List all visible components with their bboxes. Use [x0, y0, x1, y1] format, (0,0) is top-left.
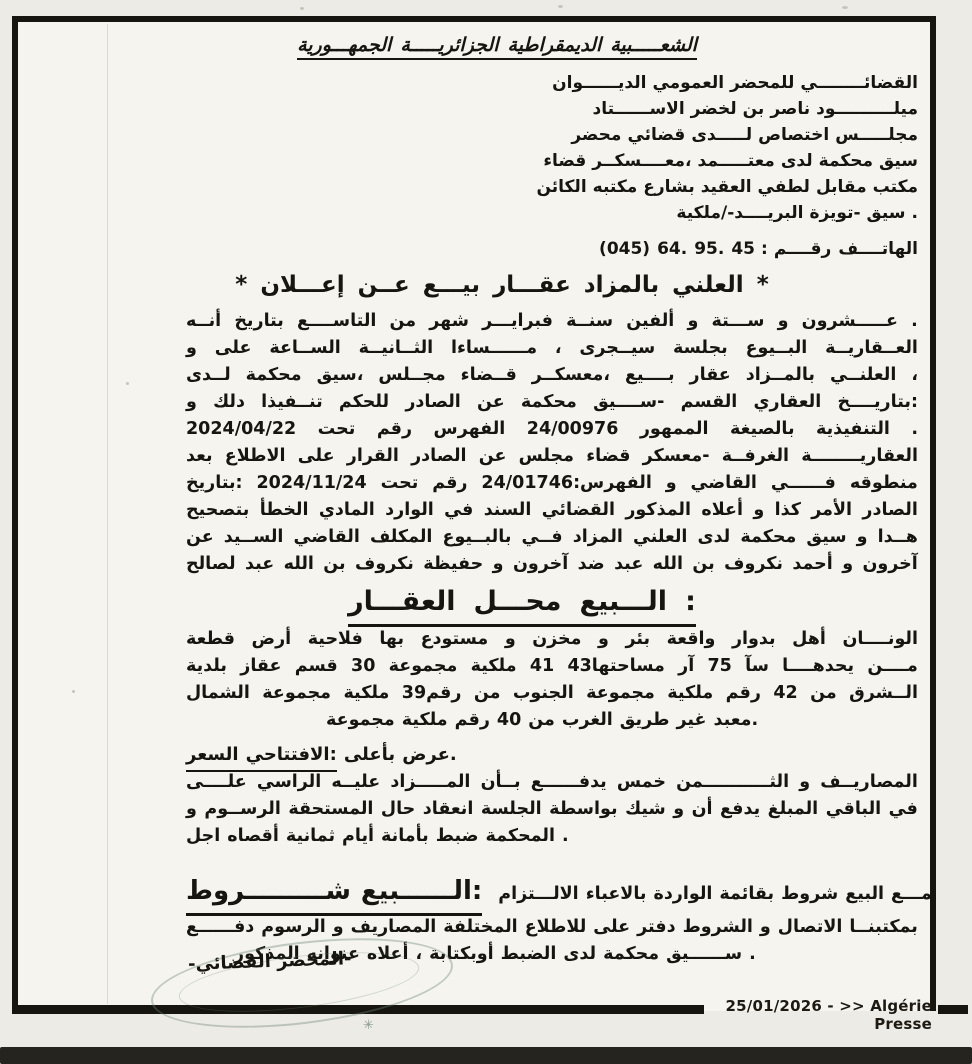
word: رقم39 — [402, 680, 462, 707]
word: بــــيع — [625, 362, 675, 389]
scan-noise-speck — [842, 6, 848, 9]
word: العقاريــــــــة — [801, 443, 918, 470]
word: رقم — [432, 470, 467, 497]
word: يدفع — [720, 796, 760, 823]
word: من — [528, 707, 555, 734]
word: بئر — [625, 626, 650, 653]
word: الجلسة — [481, 796, 542, 823]
word: و — [186, 796, 197, 823]
word: سيق، — [317, 362, 364, 389]
word: الهاتــــف — [838, 236, 918, 262]
word: على — [593, 914, 630, 941]
word: 24/00976 — [527, 416, 619, 443]
word: بلدية — [186, 653, 227, 680]
text-line: بعدالاطلاععلىالقرارالصادرعنمجلسقضاءمعسكر… — [186, 443, 918, 470]
word: أحمد — [792, 551, 832, 578]
word: المستحقة — [288, 796, 373, 823]
word: البــيوع — [746, 335, 808, 362]
word: الديــــــوان — [552, 70, 646, 96]
word: : — [761, 236, 768, 262]
word: علــــى — [186, 769, 247, 796]
word: الونــــان — [842, 626, 918, 653]
sale-conditions-heading-line: شـــــــــروطالــــــبيع:الالـــتزامبالا… — [186, 872, 918, 914]
bottom-rule-right — [938, 1005, 968, 1014]
word: الممهور — [640, 416, 709, 443]
line-part: رقــــمالهاتــــف — [774, 236, 918, 262]
word: سنــة — [566, 308, 613, 335]
text-line: علــــىالراسيعليــهالمـــــزادبــأنيدفــ… — [186, 769, 918, 796]
scan-noise-speck — [72, 690, 75, 693]
text-line: والرســومالمستحقةحالانعقادالجلسةبواسطةشي… — [186, 796, 918, 823]
word: بن — [323, 551, 345, 578]
word: الشمال — [186, 680, 250, 707]
word: ســـتة — [712, 308, 765, 335]
word: العمومي — [652, 70, 724, 96]
word: الله — [284, 551, 314, 578]
word: بتاريــــخ: — [837, 389, 917, 416]
word: شروط — [781, 875, 838, 913]
word: ســــيق- — [593, 389, 664, 416]
text-line: وعلىالســاعةالثــانيــةمــــــساءا،سيــج… — [186, 335, 918, 362]
property-section-heading: العقـــارمحـــلالـــبيع: — [156, 584, 888, 626]
word: الشعـــــبية — [610, 34, 697, 56]
word: سيــجرى — [579, 335, 655, 362]
word: لــدى — [186, 362, 231, 389]
word: بالاعباء — [586, 875, 647, 913]
word: عـــــشرون — [802, 308, 898, 335]
word: ملكية — [343, 680, 389, 707]
word: العــقاريــة — [825, 335, 918, 362]
word: حفيظة — [423, 551, 483, 578]
bailiff-office-block: الديــــــوانالعموميللمحضرالقضائــــــــ… — [186, 70, 918, 226]
word: سيق — [806, 524, 846, 551]
word: مكتب — [873, 174, 918, 200]
word: تحت — [318, 416, 356, 443]
word: من — [810, 680, 837, 707]
word: مخزن — [532, 626, 581, 653]
word: للاطلاع — [525, 914, 587, 941]
word: فــــــي — [771, 470, 836, 497]
word: و — [598, 626, 609, 653]
word: تحت — [381, 470, 419, 497]
text-line: دفــــــعالرسوموالمصاريفالمختلفةللاطلاعع… — [186, 914, 918, 941]
word: تويزة- — [809, 200, 860, 226]
word: ناصر — [770, 96, 810, 122]
word: منطوقه — [850, 470, 918, 497]
word: واقعة — [667, 626, 716, 653]
word: معتـــــمد — [698, 148, 775, 174]
word: كذا — [775, 497, 801, 524]
word: تنــفيذا — [261, 389, 323, 416]
scan-noise-speck — [300, 7, 304, 10]
word: و — [799, 769, 810, 796]
word: معسكــر، — [532, 362, 610, 389]
word: الصادر — [411, 443, 466, 470]
word: بالبــيوع — [443, 524, 512, 551]
word: و — [673, 796, 684, 823]
word: الباقي — [826, 796, 881, 823]
word: بدوار — [732, 626, 776, 653]
word: آخرون — [862, 551, 917, 578]
word: لطفي — [758, 174, 810, 200]
word: أن — [692, 796, 713, 823]
word: 75 — [708, 653, 732, 680]
word: الاســــــتاد — [593, 96, 685, 122]
word: الرســوم — [204, 796, 280, 823]
word: الجنوب — [513, 680, 574, 707]
word: محـــل — [474, 584, 562, 620]
word: العقيد — [701, 174, 752, 200]
word: قــضاء — [461, 362, 517, 389]
word: عقار — [690, 362, 731, 389]
word: محكمة — [246, 362, 302, 389]
word: في — [889, 796, 918, 823]
word: بواسطة — [549, 796, 617, 823]
word: 45 — [731, 236, 755, 262]
word: الوارد — [385, 497, 434, 524]
word: أعلاه — [701, 497, 743, 524]
word: مجموعة — [326, 707, 395, 734]
text-line: الكائنمكتبهبشارعالعقيدلطفيمقابلمكتب — [186, 174, 918, 200]
word: 30 — [351, 653, 375, 680]
word: الشروط — [683, 914, 753, 941]
word: (045) — [599, 236, 650, 262]
word: 40 — [497, 707, 521, 734]
word: بها — [379, 626, 404, 653]
word: فــي — [521, 524, 562, 551]
word: عن — [479, 443, 507, 470]
word: رقم — [455, 707, 490, 734]
word: عن — [477, 389, 505, 416]
word: و — [753, 497, 764, 524]
word: بشارع — [643, 174, 694, 200]
word: 2024/04/22 — [186, 416, 296, 443]
word: الفهرس — [434, 416, 506, 443]
text-line: بتصحيحالخطأالماديالواردفيالسندالقضائيالم… — [186, 497, 918, 524]
word: بالمــزاد — [746, 362, 815, 389]
word: مجــلس — [378, 362, 445, 389]
word: المحكمة — [486, 823, 555, 850]
word: ألفين — [626, 308, 674, 335]
word: : — [685, 584, 696, 620]
word: عــن — [358, 266, 410, 304]
word: العلني — [672, 266, 744, 304]
word: العقاري — [754, 389, 822, 416]
word: ضبط — [436, 823, 479, 850]
word: بأعلى — [344, 740, 395, 769]
phone-block: (045)64.95.45:رقــــمالهاتــــف — [186, 236, 918, 262]
word: المختلفة — [443, 914, 517, 941]
word: محكمة — [819, 148, 873, 174]
word: نكروف — [355, 551, 414, 578]
word: ســــــيق — [666, 941, 742, 968]
word: لدى — [698, 524, 731, 551]
word: بعد — [186, 443, 213, 470]
word: يحدهــــا — [782, 653, 854, 680]
text-line: الديــــــوانالعموميللمحضرالقضائــــــــ… — [186, 70, 918, 96]
word: و — [493, 551, 504, 578]
word: قسم — [295, 653, 338, 680]
word: 95. — [694, 236, 724, 262]
word: من — [474, 680, 501, 707]
word: المذكور — [625, 497, 691, 524]
word: الراسي — [257, 769, 321, 796]
word: ملكية — [667, 680, 713, 707]
word: الســيد — [224, 524, 284, 551]
word: و — [778, 308, 789, 335]
word: معسكر- — [643, 443, 710, 470]
word: الجمهـــورية — [297, 34, 391, 56]
word: قضائي — [627, 122, 685, 148]
scanned-legal-notice-page: الجمهـــوريةالجزائريـــــةالديمقراطيةالش… — [0, 0, 972, 1064]
line-part: السعرالافتتاحي: — [186, 740, 337, 772]
word: البيع — [845, 875, 884, 913]
scan-noise-speck — [126, 382, 129, 385]
word: مستودع — [421, 626, 489, 653]
word: و — [760, 914, 771, 941]
word: و — [842, 551, 853, 578]
word: مجموعة — [586, 680, 655, 707]
word: الجزائريـــــة — [400, 34, 498, 56]
word: بن — [692, 551, 714, 578]
word: دفتر — [637, 914, 675, 941]
word: و — [186, 335, 197, 362]
word: القاضي — [293, 524, 359, 551]
word: آر — [678, 653, 694, 680]
word: . — [562, 823, 569, 850]
word: الرسوم — [261, 914, 325, 941]
word: بجلسة — [673, 335, 728, 362]
word: الالـــتزام — [498, 875, 578, 913]
word: شيك — [625, 796, 666, 823]
word: رقــــم — [774, 236, 832, 262]
word: المـــــزاد — [390, 769, 470, 796]
word: السند — [484, 497, 532, 524]
word: الــــــبيع: — [361, 872, 482, 910]
word: لدى — [781, 148, 813, 174]
word: عليــه — [331, 769, 380, 796]
word: * — [235, 266, 247, 304]
word: المصاريف — [351, 914, 437, 941]
word: أقصاه — [227, 823, 279, 850]
word: بتاريخ: — [186, 470, 243, 497]
word: على — [215, 335, 252, 362]
text-line: لصالحعبداللهبننكروفحفيظةوآخرونضدعبداللهب… — [186, 551, 918, 578]
word: سيق — [879, 148, 918, 174]
scan-noise-speck — [558, 5, 563, 8]
word: التاســــع — [297, 308, 376, 335]
word: أهل — [792, 626, 826, 653]
word: سآ — [745, 653, 769, 680]
word: أرض — [252, 626, 292, 653]
word: الفهرس:24/01746 — [481, 470, 651, 497]
word: اختصاص — [758, 122, 829, 148]
republic-header: الجمهـــوريةالجزائريـــــةالديمقراطيةالش… — [297, 34, 697, 60]
word: الديمقراطية — [508, 34, 602, 56]
word: من — [390, 308, 417, 335]
word: دلك — [213, 389, 245, 416]
word: مــــــساءا — [451, 335, 537, 362]
word: محضر — [571, 122, 621, 148]
word: لدى — [563, 941, 596, 968]
word: الضبط — [501, 941, 557, 968]
word: رقم — [377, 416, 412, 443]
word: القضائــــــــي — [800, 70, 918, 96]
word: العلني — [633, 524, 687, 551]
word: مجموعة — [389, 653, 458, 680]
word: سيق — [867, 200, 906, 226]
word: إعـــلان — [260, 266, 344, 304]
word: لـــــدى — [691, 122, 752, 148]
text-line: لــدىمحكمةسيق،مجــلسقــضاءمعسكــر،بــــي… — [186, 362, 918, 389]
payment-terms-paragraph: علــــىالراسيعليــهالمـــــزادبــأنيدفــ… — [186, 769, 918, 850]
word: ، — [555, 335, 562, 362]
word: محكمة — [603, 941, 659, 968]
word: الكائن — [536, 174, 586, 200]
word: بتصحيح — [186, 497, 249, 524]
word: بيـــع — [423, 266, 480, 304]
text-line: ودلكتنــفيذاللحكمالصادرعنمحكمةســــيق-ال… — [186, 389, 918, 416]
word: مجموعة — [262, 680, 331, 707]
phone-line: (045)64.95.45:رقــــمالهاتــــف — [186, 236, 918, 262]
word: على — [298, 443, 335, 470]
text-line: البريــــد-/ملكيةتويزة-سيق. — [186, 200, 918, 226]
word: خمس — [617, 769, 666, 796]
word: المبلغ — [768, 796, 819, 823]
word: نكروف — [724, 551, 783, 578]
word: السعر — [186, 740, 239, 769]
word: الثــانيــة — [359, 335, 434, 362]
republic-header-wrap: الجمهـــوريةالجزائريـــــةالديمقراطيةالش… — [131, 34, 863, 60]
word: بالمزاد — [584, 266, 659, 304]
property-description-paragraph: قطعةأرضفلاحيةبهامستودعومخزنوبئرواقعةبدوا… — [186, 626, 918, 734]
text-line: قطعةأرضفلاحيةبهامستودعومخزنوبئرواقعةبدوا… — [186, 626, 918, 653]
word: الصادر — [405, 389, 460, 416]
word: الاتصال — [778, 914, 843, 941]
word: الخطأ — [260, 497, 309, 524]
text-line: اجلأقصاهثمانيةأيامبأمانةضبطالمحكمة. — [186, 823, 918, 850]
line-part: الالـــتزامبالاعباءالواردةبقائمةشروطالبي… — [498, 875, 932, 913]
word: طريق — [620, 707, 670, 734]
notice-title: *إعـــلانعــنبيـــععقـــاربالمزادالعلني* — [136, 266, 868, 304]
word: مكتبه — [593, 174, 638, 200]
word: انعقاد — [423, 796, 474, 823]
word: مجلـــــس — [835, 122, 918, 148]
word: الســاعة — [269, 335, 340, 362]
word: عرض. — [402, 740, 457, 769]
notice-content: الجمهـــوريةالجزائريـــــةالديمقراطيةالش… — [186, 34, 918, 968]
word: فبرايـــر — [482, 308, 553, 335]
text-line: 2024/04/22تحترقمالفهرس24/00976الممهوربال… — [186, 416, 918, 443]
word: 64. — [657, 236, 687, 262]
line-part: (045)64.95.45 — [599, 236, 755, 262]
word: فلاحية — [308, 626, 363, 653]
word: . — [911, 416, 918, 443]
line-part: بأعلىعرض. — [344, 740, 457, 769]
text-line: الاســــــتادلخضربنناصرميلــــــــــود — [186, 96, 918, 122]
word: القضائي — [542, 497, 615, 524]
word: الـــبيع — [580, 584, 668, 620]
word: قضاء — [543, 148, 586, 174]
word: 2024/11/24 — [256, 470, 366, 497]
word: المزاد — [573, 524, 623, 551]
word: و — [857, 524, 868, 551]
word: بقائمة — [719, 875, 774, 913]
word: القسم — [681, 389, 738, 416]
word: العلنــي — [830, 362, 896, 389]
text-line: أنــهبتاريخالتاســــعمنشهرفبرايـــرسنــة… — [186, 308, 918, 335]
text-line: محضرقضائيلـــــدىاختصاصمجلـــــس — [186, 122, 918, 148]
word: . — [911, 308, 918, 335]
word: آخرون — [513, 551, 568, 578]
word: يدفــــــع — [531, 769, 607, 796]
word: مجلس — [519, 443, 574, 470]
intro-paragraph: أنــهبتاريخالتاســــعمنشهرفبرايـــرسنــة… — [186, 308, 918, 578]
word: و — [666, 470, 677, 497]
stamp-star-icon: ✳ — [363, 1018, 374, 1033]
word: الافتتاحي: — [246, 740, 337, 769]
word: معــــسكــر، — [592, 148, 691, 174]
word: للحكم — [339, 389, 389, 416]
word: الثـــــــــــمن — [676, 769, 789, 796]
word: في — [444, 497, 473, 524]
word: عن — [186, 524, 214, 551]
word: مــــن — [867, 653, 918, 680]
word: شهر — [429, 308, 469, 335]
word: الاطلاع — [225, 443, 286, 470]
word: مـــع — [891, 875, 932, 913]
word: 42 — [773, 680, 797, 707]
word: ميلــــــــــود — [816, 96, 918, 122]
word: الأمر — [811, 497, 852, 524]
word: محكمة — [740, 524, 796, 551]
word: و — [505, 626, 516, 653]
word: هــدا — [878, 524, 918, 551]
word: ثمانية — [286, 823, 335, 850]
word: ملكية — [402, 707, 448, 734]
word: أنــه — [186, 308, 221, 335]
word: اجل — [186, 823, 220, 850]
scan-bottom-band — [0, 1047, 972, 1064]
word: قطعة — [186, 626, 235, 653]
word: عبد — [614, 551, 643, 578]
word: بن — [743, 96, 765, 122]
opening-price-line: السعرالافتتاحي:بأعلىعرض. — [186, 740, 918, 769]
text-line: عنالســيدالقاضيالمكلفبالبــيوعفــيالمزاد… — [186, 524, 918, 551]
word: و — [333, 914, 344, 941]
word: عبد — [245, 551, 274, 578]
word: حال — [381, 796, 415, 823]
word: المكلف — [370, 524, 432, 551]
word: لصالح — [186, 551, 236, 578]
text-line: مجموعةملكيةرقم40منالغربطريقغيرمعبد. — [326, 707, 918, 734]
word: مقابل — [816, 174, 867, 200]
word: بمكتبنــا — [849, 914, 917, 941]
word: معبد. — [713, 707, 758, 734]
word: المادي — [319, 497, 375, 524]
text-line: الشمالمجموعةملكيةرقم39منالجنوبمجموعةملكي… — [186, 680, 918, 707]
word: غير — [677, 707, 707, 734]
word: شـــــــــروط — [186, 872, 351, 910]
word: ، — [911, 362, 918, 389]
word: . — [912, 200, 918, 226]
word: عقـــار — [493, 266, 571, 304]
word: عقاز — [240, 653, 281, 680]
word: بتاريخ — [234, 308, 284, 335]
word: الصادر — [862, 497, 917, 524]
word: للمحضر — [730, 70, 794, 96]
word: 41 — [530, 653, 554, 680]
